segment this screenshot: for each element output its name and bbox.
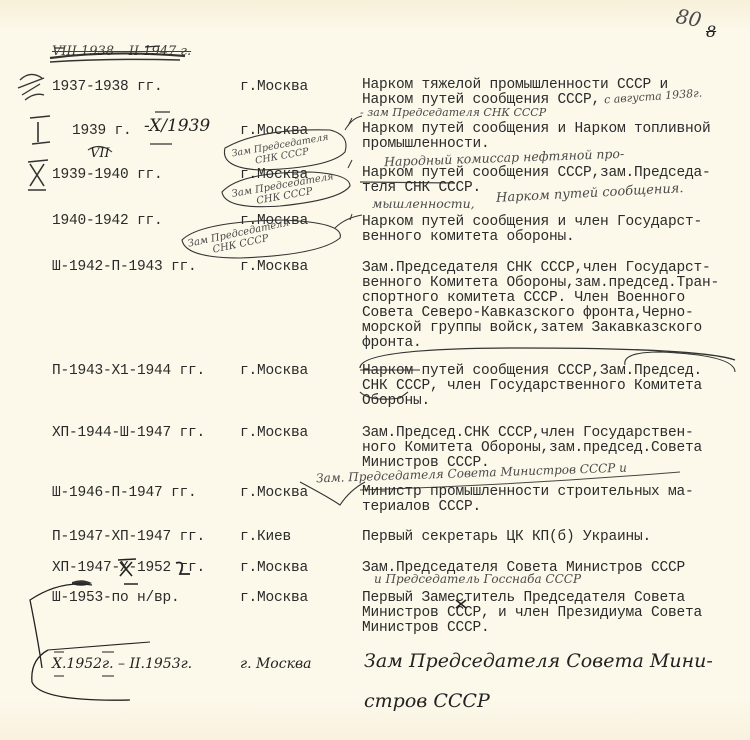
row-period-suffix-handwritten: -X/1939 [144,116,210,136]
row-description: Зам.Председателя СНК СССР,член Государст… [362,261,719,351]
row-place: г.Москва [240,486,308,501]
row-period: Ш-1946-П-1947 гг. [52,486,197,501]
row-handwritten-note-continuation: мышленности, [372,196,475,211]
row-period: П-1947-ХП-1947 гг. [52,530,205,545]
archival-document-page: 80 8 VIII 1938 – II 1947 г. 1937-1938 гг… [0,0,750,740]
row-period: Ш-1953-по н/вр. [52,591,180,606]
page-number-struck: 8 [706,22,716,41]
row-place: г.Москва [240,561,308,576]
row-description: Нарком путей сообщения СССР,Зам.Председ.… [362,364,702,409]
row-place: г.Москва [240,591,308,606]
row-period: 1939-1940 гг. [52,168,163,183]
row-place: г.Москва [240,260,308,275]
page-number: 80 [674,4,703,32]
footer-handwritten-description-line1: Зам Председателя Совета Мини- [364,650,713,672]
struck-header-annotation: VIII 1938 – II 1947 г. [52,44,191,59]
row-description: Нарком путей сообщения и член Государст-… [362,215,702,245]
row-period-overwrite-handwritten: VII [90,146,110,161]
row-description: Первый Заместитель Председателя Совета М… [362,591,702,636]
row-period: ХП-1944-Ш-1947 гг. [52,426,205,441]
row-handwritten-note-2: - зам Председателя СНК СССР [360,106,546,119]
row-handwritten-note: и Председатель Госснаба СССР [374,572,581,586]
row-period: ХП-1947-Х-1952 гг. [52,561,205,576]
row-description: Нарком путей сообщения и Нарком топливно… [362,122,711,152]
row-place: г.Москва [240,364,308,379]
row-period: Ш-1942-П-1943 гг. [52,260,197,275]
row-description: Первый секретарь ЦК КП(б) Украины. [362,530,651,545]
row-place: г.Москва [240,80,308,95]
row-place: г.Москва [240,426,308,441]
row-description: Министр промышленности строительных ма- … [362,485,694,515]
row-period: 1940-1942 гг. [52,214,163,229]
row-period: П-1943-Х1-1944 гг. [52,364,205,379]
row-period: 1937-1938 гг. [52,80,163,95]
row-period: 1939 г. [72,124,132,139]
footer-handwritten-description-line2: стров СССР [364,690,490,712]
footer-handwritten-period: X.1952г. – II.1953г. [52,656,192,672]
footer-handwritten-place: г. Москва [240,656,311,672]
row-place: г.Киев [240,530,291,545]
